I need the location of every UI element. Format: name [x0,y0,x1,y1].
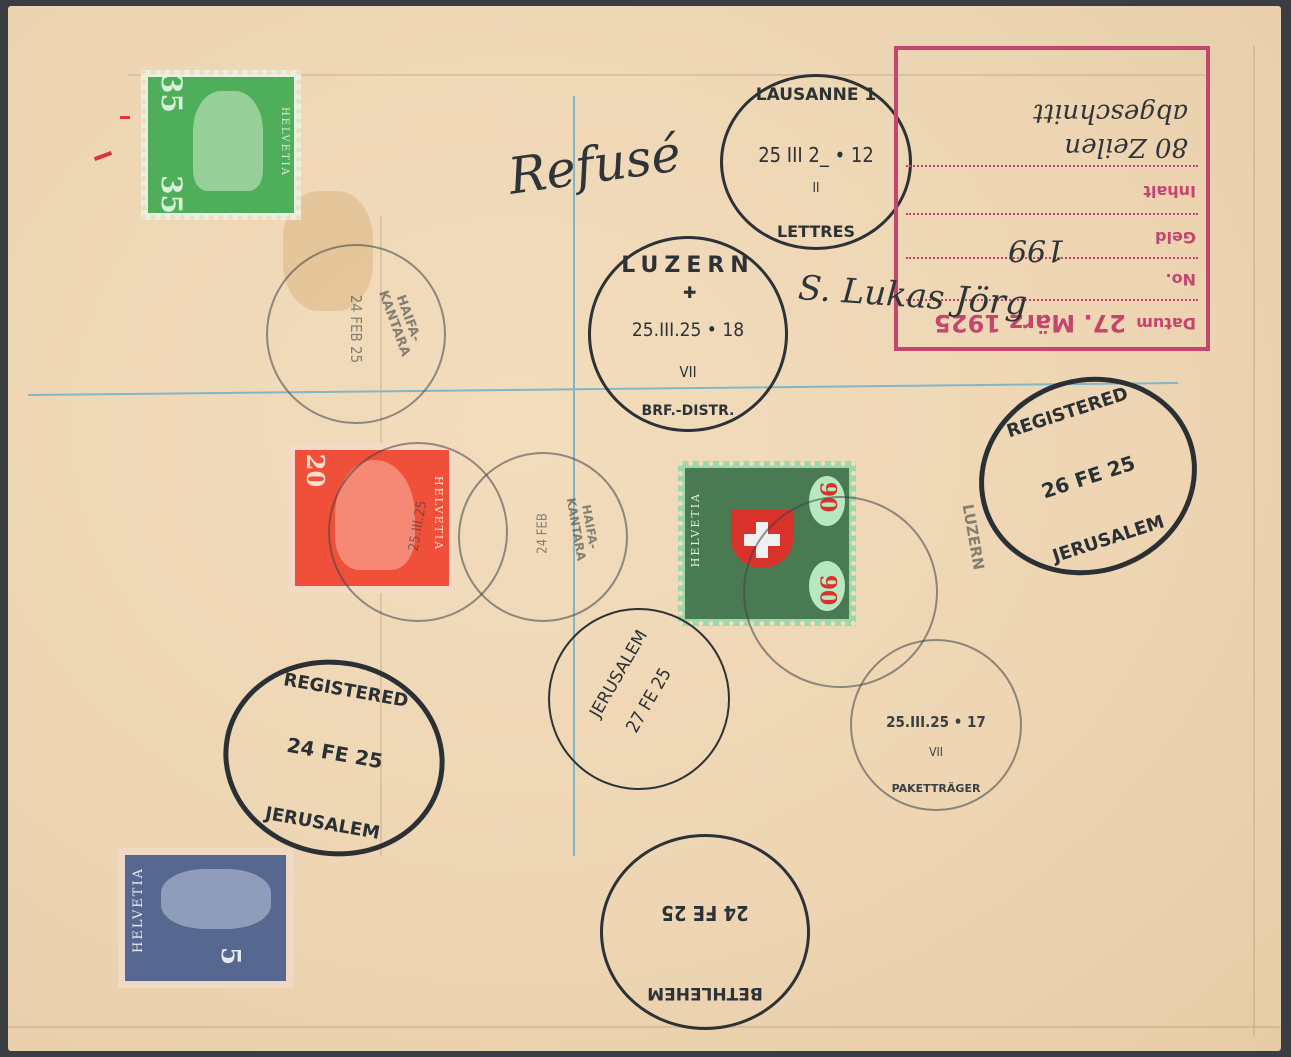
postmark-luzern-brf-distr: LUZERN ✚ 25.III.25 • 18 VII BRF.-DISTR. [588,236,788,432]
stamp-5-blue: HELVETIA 5 [118,848,293,988]
handwritten-contents: 80 Zeilen abgeschnitt [988,96,1188,164]
swiss-cross-icon: ✚ [683,283,696,302]
helvetia-figure [193,91,263,191]
red-crayon-mark [120,116,130,119]
handwritten-refuse: Refusé [505,124,685,206]
registered-jerusalem-26-fe: REGISTERED 26 FE 25 JERUSALEM [953,349,1223,603]
right-seam [1253,46,1255,1036]
postmark-haifa-kantara-north: HAIFA-KANTARA 24 FEB 25 [266,244,446,424]
stamp-35-green: 35 35 HELVETIA [141,70,301,220]
red-crayon-mark [94,151,112,161]
postmark-bethlehem: 24 FE 25 BETHLEHEM [600,834,810,1030]
postmark-luzern-partial: LUZERN [743,496,938,688]
bottom-seam [8,1026,1281,1028]
handwritten-number: 199 [1008,232,1065,267]
registered-jerusalem-24-fe: REGISTERED 24 FE 25 JERUSALEM [208,642,461,874]
tell-figure [161,869,271,929]
envelope: 35 35 HELVETIA 20 HELVETIA HELVETIA 90 9… [8,6,1281,1051]
postmark-lausanne: LAUSANNE 1 25 III 2_ • 12 II LETTRES [720,74,912,250]
postmark-luzern-on-20: 25.III.25 [328,442,508,622]
postmark-jerusalem: JERUSALEM 27 FE 25 [548,608,730,790]
